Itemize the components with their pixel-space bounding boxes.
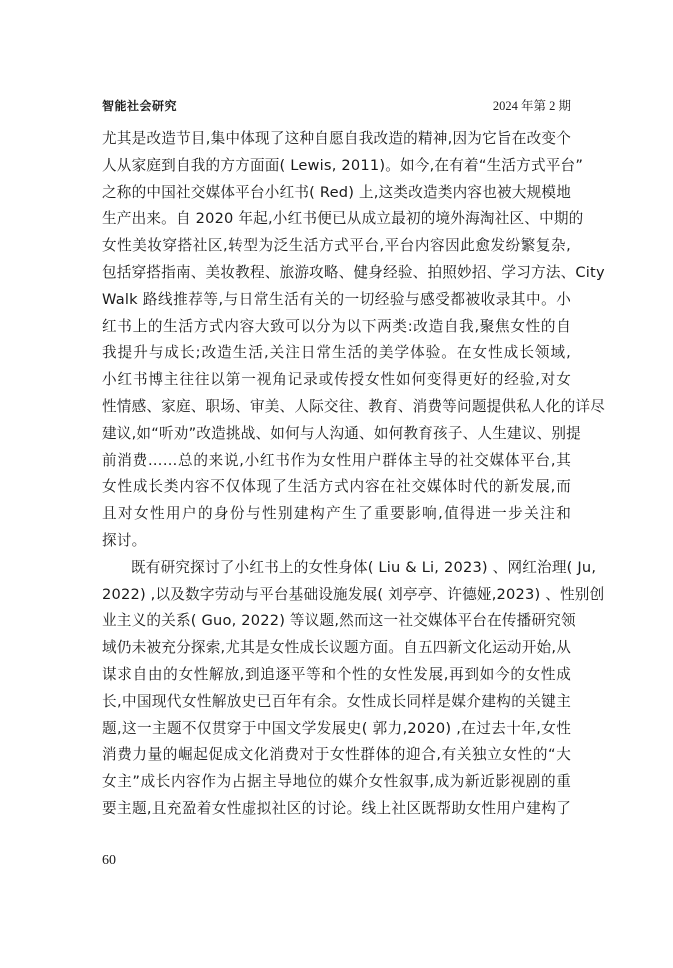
text-line: 生产出来。自 2020 年起,小红书便已从成立最初的境外海淘社区、中期的 [102, 206, 571, 233]
text-line: 探讨。 [102, 528, 571, 555]
text-line: 2022) ,以及数字劳动与平台基础设施发展( 刘亭亭、许德娅,2023) 、性… [102, 582, 571, 609]
text-line: 题,这一主题不仅贯穿于中国文学发展史( 郭力,2020) ,在过去十年,女性 [102, 716, 571, 743]
text-line: 小红书博主往往以第一视角记录或传授女性如何变得更好的经验,对女 [102, 367, 571, 394]
text-line: 前消费……总的来说,小红书作为女性用户群体主导的社交媒体平台,其 [102, 448, 571, 475]
text-line: 性情感、家庭、职场、审美、人际交往、教育、消费等问题提供私人化的详尽 [102, 394, 571, 421]
text-line: 之称的中国社交媒体平台小红书( Red) 上,这类改造类内容也被大规模地 [102, 180, 571, 207]
text-line: 女性成长类内容不仅体现了生活方式内容在社交媒体时代的新发展,而 [102, 474, 571, 501]
paragraph-1: 尤其是改造节目,集中体现了这种自愿自我改造的精神,因为它旨在改变个 人从家庭到自… [102, 126, 571, 555]
issue-info: 2024 年第 2 期 [493, 96, 571, 114]
body-text: 尤其是改造节目,集中体现了这种自愿自我改造的精神,因为它旨在改变个 人从家庭到自… [102, 126, 571, 823]
text-line: 包括穿搭指南、美妆教程、旅游攻略、健身经验、拍照妙招、学习方法、City [102, 260, 571, 287]
text-line: 尤其是改造节目,集中体现了这种自愿自我改造的精神,因为它旨在改变个 [102, 126, 571, 153]
text-line: 要主题,且充盈着女性虚拟社区的讨论。线上社区既帮助女性用户建构了 [102, 796, 571, 823]
running-header: 智能社会研究 2024 年第 2 期 [102, 96, 571, 114]
text-line: Walk 路线推荐等,与日常生活有关的一切经验与感受都被收录其中。小 [102, 287, 571, 314]
text-line: 建议,如“听劝”改造挑战、如何与人沟通、如何教育孩子、人生建议、别提 [102, 421, 571, 448]
text-line: 既有研究探讨了小红书上的女性身体( Liu & Li, 2023) 、网红治理(… [102, 555, 571, 582]
journal-page: 智能社会研究 2024 年第 2 期 尤其是改造节目,集中体现了这种自愿自我改造… [0, 0, 673, 968]
text-line: 谋求自由的女性解放,到追逐平等和个性的女性发展,再到如今的女性成 [102, 662, 571, 689]
page-number: 60 [102, 853, 116, 869]
text-line: 消费力量的崛起促成文化消费对于女性群体的迎合,有关独立女性的“大 [102, 742, 571, 769]
text-line: 域仍未被充分探索,尤其是女性成长议题方面。自五四新文化运动开始,从 [102, 635, 571, 662]
paragraph-2: 既有研究探讨了小红书上的女性身体( Liu & Li, 2023) 、网红治理(… [102, 555, 571, 823]
text-line: 人从家庭到自我的方方面面( Lewis, 2011)。如今,在有着“生活方式平台… [102, 153, 571, 180]
text-line: 业主义的关系( Guo, 2022) 等议题,然而这一社交媒体平台在传播研究领 [102, 608, 571, 635]
text-line: 红书上的生活方式内容大致可以分为以下两类:改造自我,聚焦女性的自 [102, 314, 571, 341]
text-line: 长,中国现代女性解放史已百年有余。女性成长同样是媒介建构的关键主 [102, 689, 571, 716]
journal-name: 智能社会研究 [102, 97, 177, 114]
text-line: 女主”成长内容作为占据主导地位的媒介女性叙事,成为新近影视剧的重 [102, 769, 571, 796]
text-line: 女性美妆穿搭社区,转型为泛生活方式平台,平台内容因此愈发纷繁复杂, [102, 233, 571, 260]
text-line: 我提升与成长;改造生活,关注日常生活的美学体验。在女性成长领域, [102, 340, 571, 367]
text-line: 且对女性用户的身份与性别建构产生了重要影响,值得进一步关注和 [102, 501, 571, 528]
